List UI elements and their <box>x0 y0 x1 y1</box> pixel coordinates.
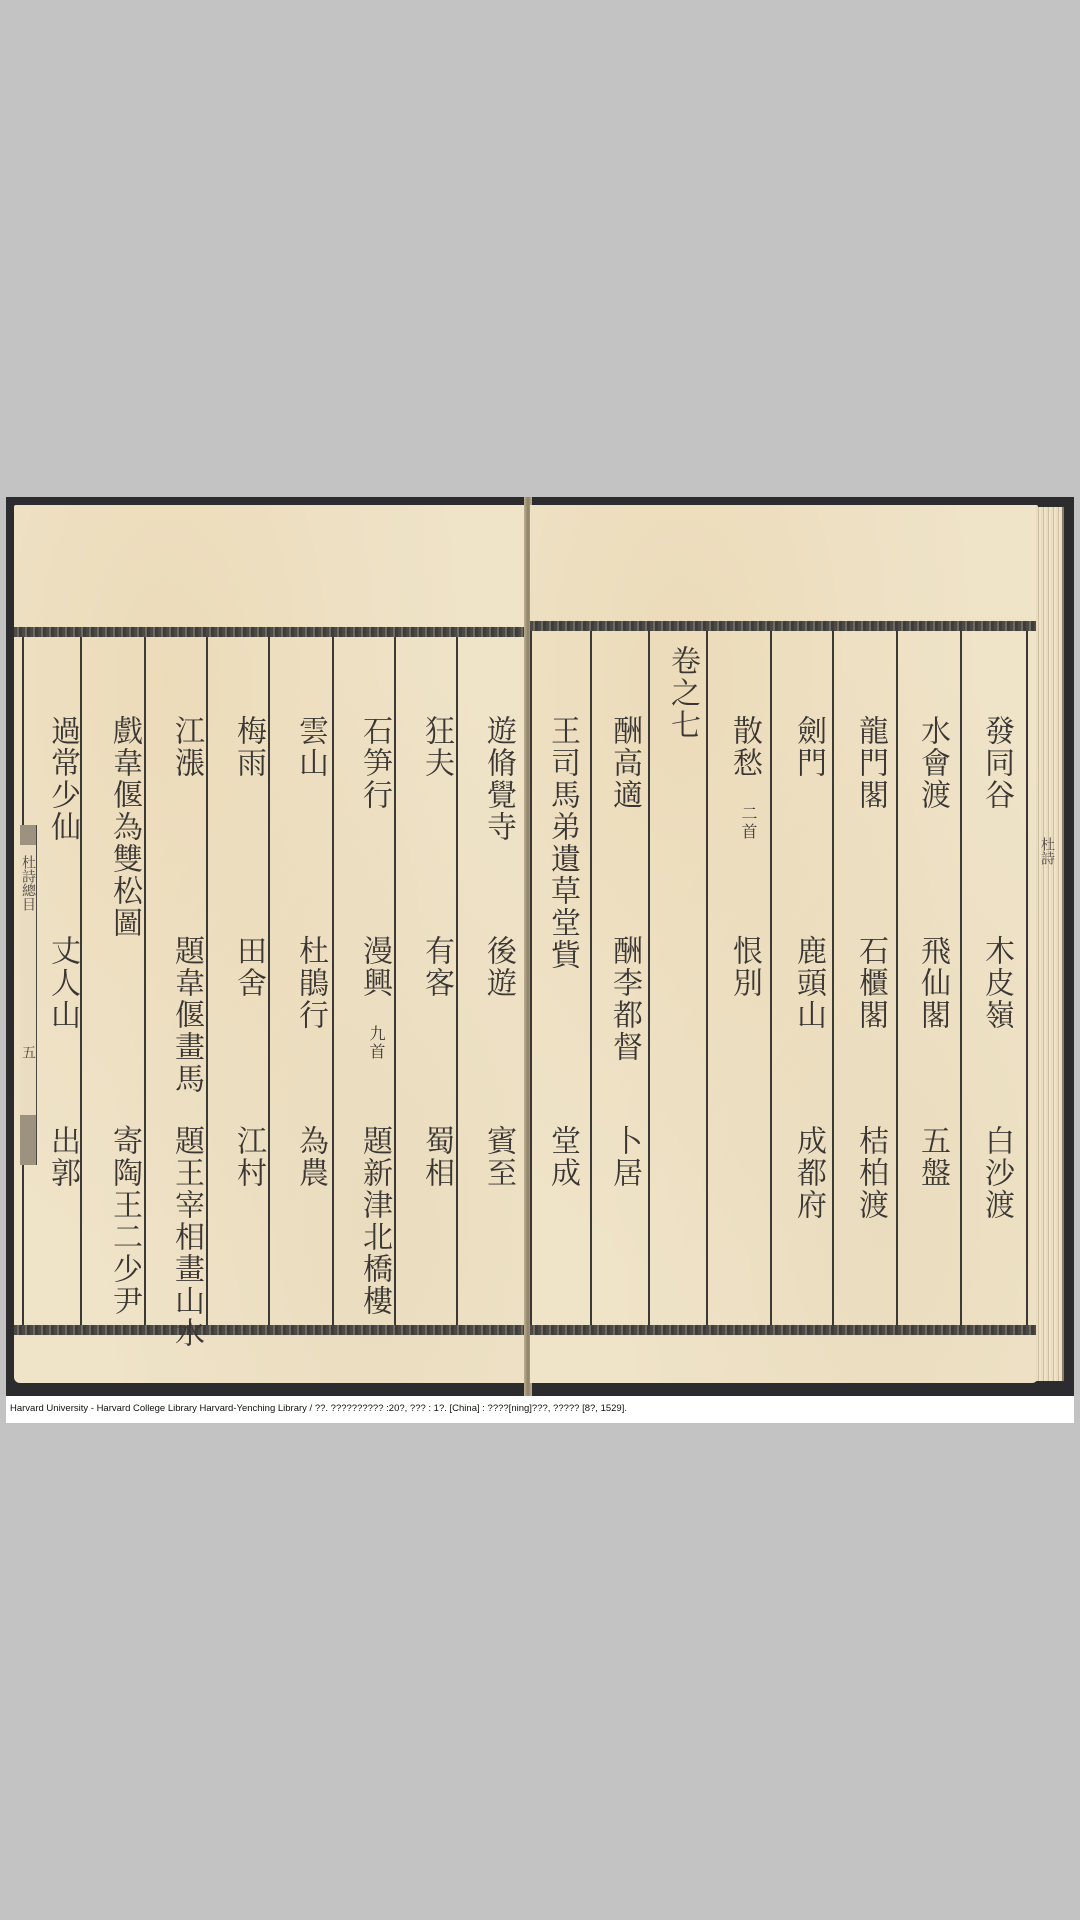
entry-title: 題新津北橋樓 <box>352 1125 396 1317</box>
entry-title: 劍門 <box>786 715 830 779</box>
image-caption: Harvard University - Harvard College Lib… <box>10 1403 627 1414</box>
entry-title: 出郭 <box>40 1125 84 1189</box>
entry-title: 漫興 <box>352 935 396 999</box>
entry-title: 杜鵑行 <box>288 935 332 1031</box>
book-scan: 杜詩總目 五 遊脩覺寺 後遊 賓至 狂夫 有客 蜀相 石笋行 漫興 九首 題新津… <box>6 497 1074 1396</box>
entry-title: 堂成 <box>540 1125 584 1189</box>
fold-margin-title: 杜詩總目 <box>21 855 35 911</box>
entry-title: 鹿頭山 <box>786 935 830 1031</box>
entry-title: 五盤 <box>910 1125 954 1189</box>
entry-title: 狂夫 <box>414 715 458 779</box>
entry-title: 寄陶王二少尹 <box>102 1125 146 1317</box>
column-rule <box>960 631 962 1325</box>
column-rule <box>590 631 592 1325</box>
top-border-band <box>530 621 1038 631</box>
top-border-band <box>14 627 526 637</box>
entry-title: 飛仙閣 <box>910 935 954 1031</box>
column-rule <box>648 631 650 1325</box>
entry-title: 梅雨 <box>226 715 270 779</box>
entry-title: 龍門閣 <box>848 715 892 811</box>
entry-title: 王司馬弟遺草堂貲 <box>540 715 584 971</box>
entry-note: 二首 <box>736 805 758 841</box>
entry-title: 江漲 <box>164 715 208 779</box>
entry-title: 遊脩覺寺 <box>476 715 520 843</box>
entry-note: 九首 <box>364 1025 386 1061</box>
entry-title: 田舍 <box>226 935 270 999</box>
column-rule <box>832 631 834 1325</box>
entry-title: 有客 <box>414 935 458 999</box>
entry-title: 戲韋偃為雙松圖 <box>102 715 146 939</box>
entry-title: 恨別 <box>722 935 766 999</box>
entry-title: 過常少仙 <box>40 715 84 843</box>
entry-title: 題韋偃畫馬 <box>164 935 208 1095</box>
entry-title: 雲山 <box>288 715 332 779</box>
entry-title: 蜀相 <box>414 1125 458 1189</box>
entry-title: 發同谷 <box>974 715 1018 811</box>
column-rule <box>706 631 708 1325</box>
volume-heading: 卷之七 <box>660 645 704 741</box>
entry-title: 酬李都督 <box>602 935 646 1063</box>
entry-title: 題王宰相畫山水 <box>164 1125 208 1349</box>
entry-title: 水會渡 <box>910 715 954 811</box>
entry-title: 為農 <box>288 1125 332 1189</box>
entry-title: 卜居 <box>602 1125 646 1189</box>
entry-title: 木皮嶺 <box>974 935 1018 1031</box>
bottom-border-band <box>14 1325 526 1335</box>
entry-title: 後遊 <box>476 935 520 999</box>
entry-title: 散愁 <box>722 715 766 779</box>
page-fore-edge: 杜詩 <box>1036 507 1064 1381</box>
column-rule <box>896 631 898 1325</box>
entry-title: 成都府 <box>786 1125 830 1221</box>
entry-title: 桔柏渡 <box>848 1125 892 1221</box>
image-viewer: 杜詩總目 五 遊脩覺寺 後遊 賓至 狂夫 有客 蜀相 石笋行 漫興 九首 題新津… <box>6 497 1074 1423</box>
bottom-border-band <box>530 1325 1038 1335</box>
entry-title: 酬高適 <box>602 715 646 811</box>
entry-title: 江村 <box>226 1125 270 1189</box>
left-page: 杜詩總目 五 遊脩覺寺 後遊 賓至 狂夫 有客 蜀相 石笋行 漫興 九首 題新津… <box>14 505 526 1383</box>
entry-title: 石櫃閣 <box>848 935 892 1031</box>
entry-title: 白沙渡 <box>974 1125 1018 1221</box>
column-rule <box>770 631 772 1325</box>
right-page: 發同谷 木皮嶺 白沙渡 水會渡 飛仙閣 五盤 龍門閣 石櫃閣 桔柏渡 劍門 鹿頭… <box>530 505 1038 1383</box>
fold-page-number: 五 <box>21 1045 35 1059</box>
fore-edge-label: 杜詩 <box>1040 837 1054 865</box>
entry-title: 賓至 <box>476 1125 520 1189</box>
entry-title: 石笋行 <box>352 715 396 811</box>
column-rule <box>332 637 334 1325</box>
entry-title: 丈人山 <box>40 935 84 1031</box>
